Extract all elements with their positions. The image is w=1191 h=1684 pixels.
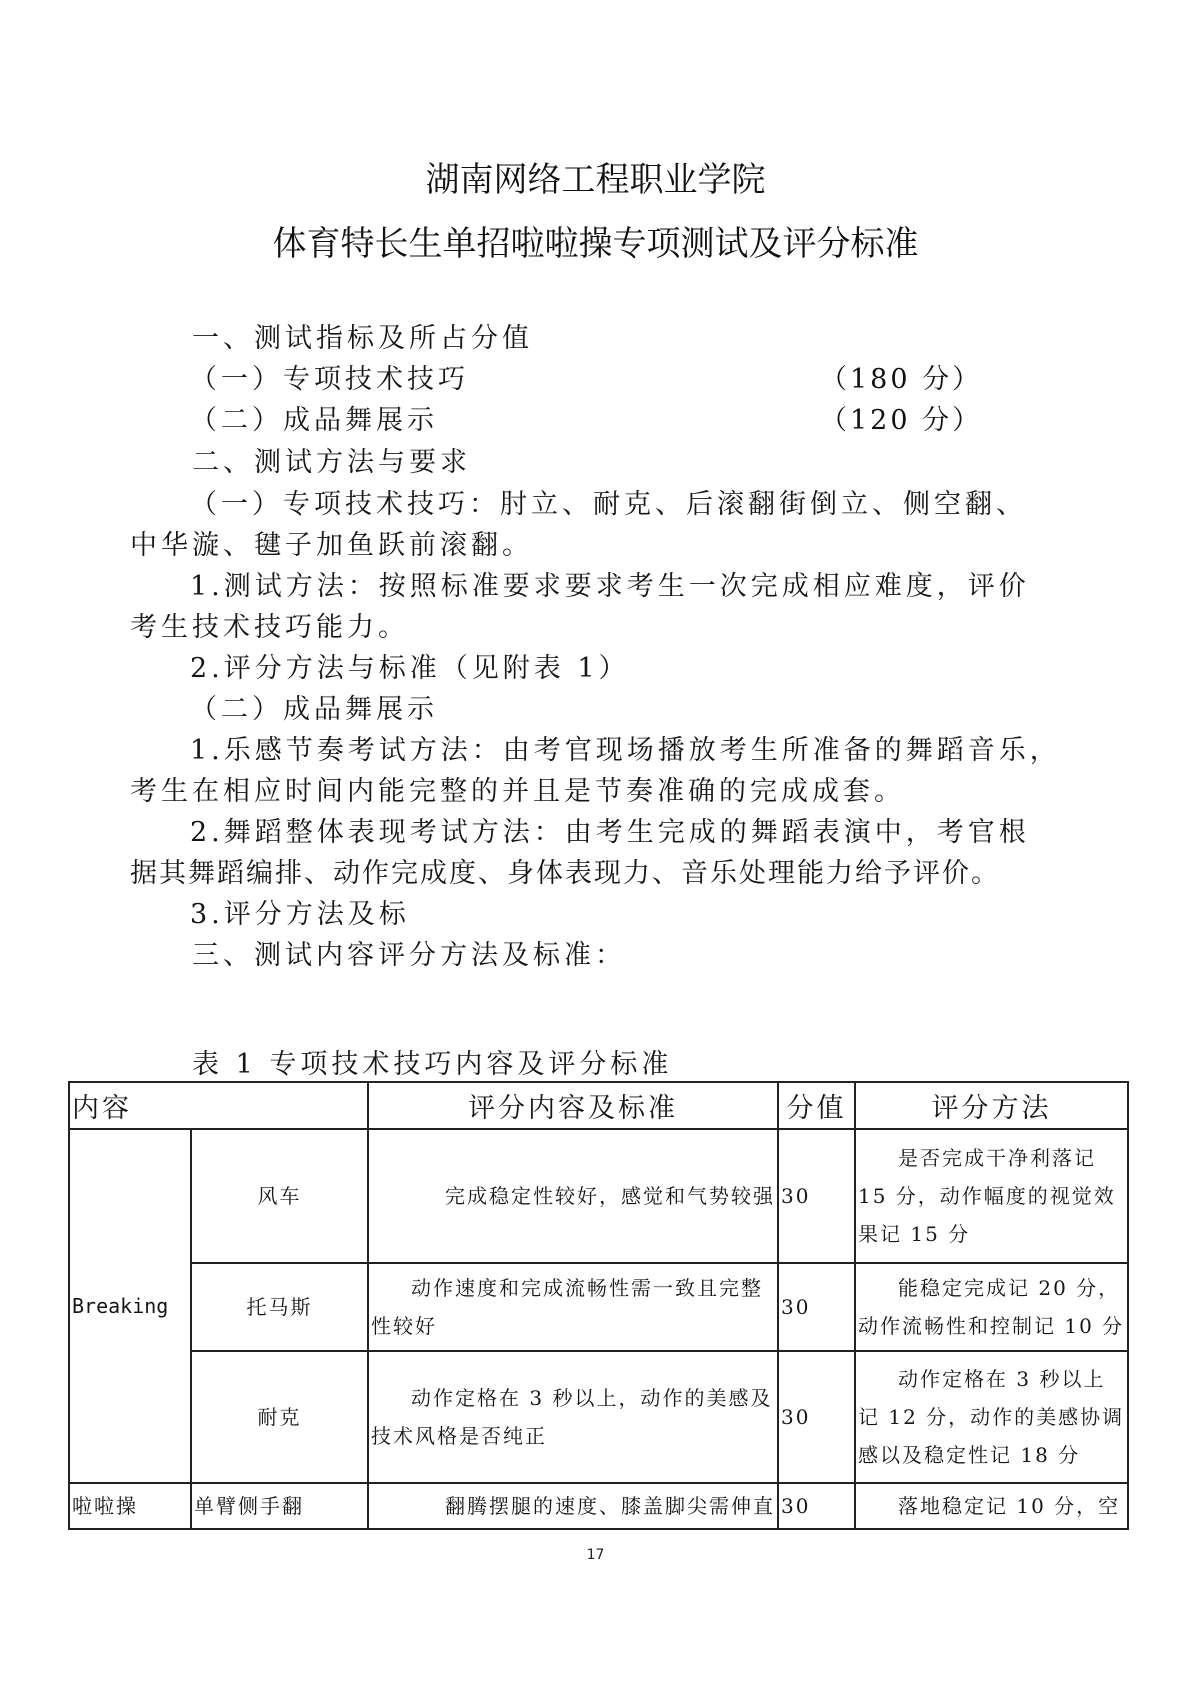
item-score: 30 (778, 1263, 855, 1351)
indicator-item-2-label: （二）成品舞展示 (190, 398, 438, 437)
subsection-dance-showcase: （二）成品舞展示 (190, 687, 438, 726)
document-title-subject: 体育特长生单招啦啦操专项测试及评分标准 (0, 216, 1191, 265)
indicator-item-1-score: （180 分） (820, 357, 982, 396)
paragraph-scoring-standard: 2.评分方法与标准（见附表 1） (190, 646, 630, 685)
item-name: 托马斯 (191, 1263, 368, 1351)
paragraph-rhythm-line2: 考生在相应时间内能完整的并且是节奏准确的完成成套。 (130, 769, 905, 808)
paragraph-test-method-line1: 1.测试方法：按照标准要求要求考生一次完成相应难度，评价 (190, 564, 1030, 603)
item-method: 落地稳定记 10 分，空 (855, 1483, 1128, 1529)
category-cheerleading: 啦啦操 (69, 1483, 191, 1529)
table-row: Breaking 风车 完成稳定性较好，感觉和气势较强 30 是否完成干净利落记… (69, 1129, 1128, 1263)
indicator-item-2-score: （120 分） (820, 398, 982, 437)
header-method: 评分方法 (855, 1082, 1128, 1129)
document-title-institution: 湖南网络工程职业学院 (0, 152, 1191, 201)
item-criteria: 翻腾摆腿的速度、膝盖脚尖需伸直 (368, 1483, 778, 1529)
paragraph-skills-line1: （一）专项技术技巧：肘立、耐克、后滚翻街倒立、侧空翻、 (190, 482, 1027, 521)
table-row: 啦啦操 单臂侧手翻 翻腾摆腿的速度、膝盖脚尖需伸直 30 落地稳定记 10 分，… (69, 1483, 1128, 1529)
paragraph-skills-line2: 中华漩、毽子加鱼跃前滚翻。 (130, 523, 533, 562)
item-criteria: 动作速度和完成流畅性需一致且完整性较好 (368, 1263, 778, 1351)
paragraph-test-method-line2: 考生技术技巧能力。 (130, 605, 409, 644)
table-row: 托马斯 动作速度和完成流畅性需一致且完整性较好 30 能稳定完成记 20 分，动… (69, 1263, 1128, 1351)
header-criteria: 评分内容及标准 (368, 1082, 778, 1129)
table-caption: 表 1 专项技术技巧内容及评分标准 (192, 1042, 672, 1081)
item-method: 能稳定完成记 20 分，动作流畅性和控制记 10 分 (855, 1263, 1128, 1351)
item-method: 是否完成干净利落记 15 分，动作幅度的视觉效果记 15 分 (855, 1129, 1128, 1263)
item-criteria: 动作定格在 3 秒以上，动作的美感及技术风格是否纯正 (368, 1351, 778, 1483)
item-name: 耐克 (191, 1351, 368, 1483)
section-heading-1: 一、测试指标及所占分值 (192, 316, 533, 355)
item-score: 30 (778, 1483, 855, 1529)
header-content: 内容 (69, 1082, 368, 1129)
indicator-item-1-label: （一）专项技术技巧 (190, 357, 469, 396)
paragraph-rhythm-line1: 1.乐感节奏考试方法：由考官现场播放考生所准备的舞蹈音乐， (190, 728, 1061, 767)
paragraph-scoring-method: 3.评分方法及标 (190, 892, 410, 931)
section-heading-3: 三、测试内容评分方法及标准： (192, 933, 626, 972)
table-row: 耐克 动作定格在 3 秒以上，动作的美感及技术风格是否纯正 30 动作定格在 3… (69, 1351, 1128, 1483)
document-page: 湖南网络工程职业学院 体育特长生单招啦啦操专项测试及评分标准 一、测试指标及所占… (0, 0, 1191, 1684)
paragraph-performance-line1: 2.舞蹈整体表现考试方法：由考生完成的舞蹈表演中，考官根 (190, 810, 1030, 849)
section-heading-2: 二、测试方法与要求 (192, 440, 471, 479)
scoring-table: 内容 评分内容及标准 分值 评分方法 Breaking 风车 完成稳定性较好，感… (68, 1081, 1129, 1530)
item-score: 30 (778, 1129, 855, 1263)
paragraph-performance-line2: 据其舞蹈编排、动作完成度、身体表现力、音乐处理能力给予评价。 (130, 851, 1000, 890)
header-score: 分值 (778, 1082, 855, 1129)
item-name: 风车 (191, 1129, 368, 1263)
item-score: 30 (778, 1351, 855, 1483)
item-criteria: 完成稳定性较好，感觉和气势较强 (368, 1129, 778, 1263)
item-name: 单臂侧手翻 (191, 1483, 368, 1529)
category-breaking: Breaking (69, 1129, 191, 1483)
page-number: 17 (0, 1547, 1191, 1563)
table-header-row: 内容 评分内容及标准 分值 评分方法 (69, 1082, 1128, 1129)
item-method: 动作定格在 3 秒以上记 12 分，动作的美感协调感以及稳定性记 18 分 (855, 1351, 1128, 1483)
